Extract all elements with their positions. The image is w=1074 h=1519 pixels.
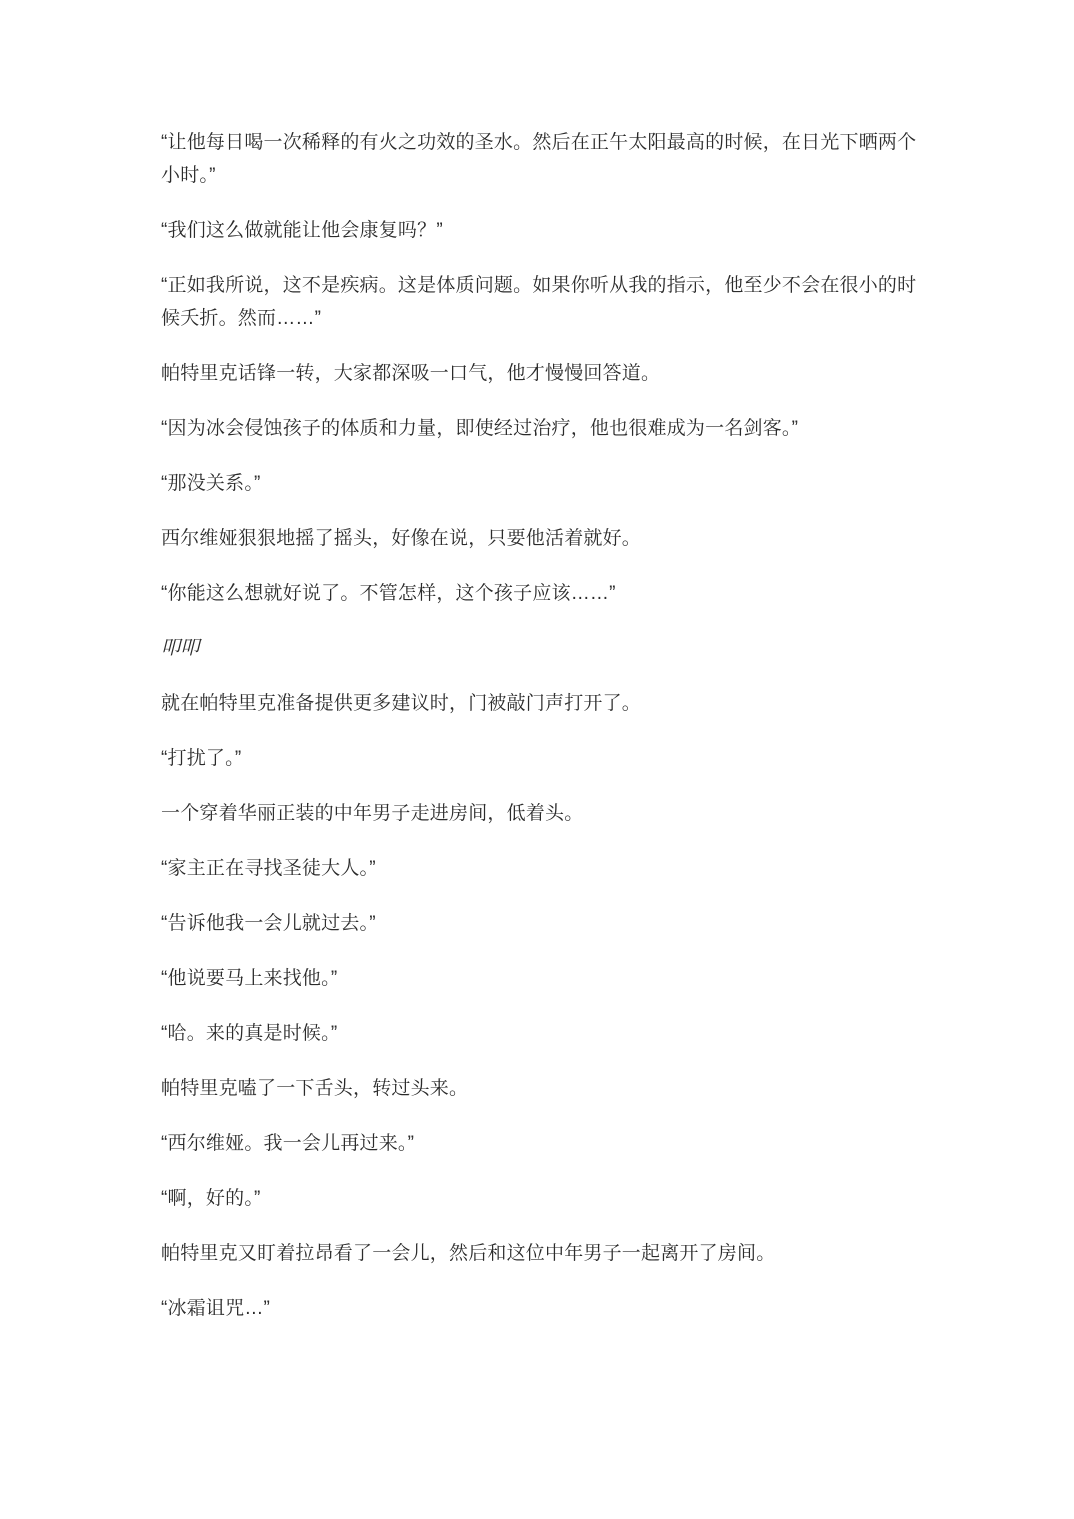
paragraph-dialogue: “家主正在寻找圣徒大人。” (161, 852, 917, 885)
paragraph-narration: 帕特里克又盯着拉昂看了一会儿，然后和这位中年男子一起离开了房间。 (161, 1237, 917, 1270)
paragraph-dialogue: “让他每日喝一次稀释的有火之功效的圣水。然后在正午太阳最高的时候，在日光下晒两个… (161, 126, 917, 192)
paragraph-dialogue: “西尔维娅。我一会儿再过来。” (161, 1127, 917, 1160)
paragraph-dialogue: “那没关系。” (161, 467, 917, 500)
paragraph-dialogue: “打扰了。” (161, 742, 917, 775)
novel-text-body: “让他每日喝一次稀释的有火之功效的圣水。然后在正午太阳最高的时候，在日光下晒两个… (161, 126, 917, 1347)
paragraph-dialogue: “告诉他我一会儿就过去。” (161, 907, 917, 940)
paragraph-narration: 一个穿着华丽正装的中年男子走进房间，低着头。 (161, 797, 917, 830)
paragraph-dialogue: “我们这么做就能让他会康复吗？” (161, 214, 917, 247)
paragraph-narration: 帕特里克话锋一转，大家都深吸一口气，他才慢慢回答道。 (161, 357, 917, 390)
paragraph-dialogue: “你能这么想就好说了。不管怎样，这个孩子应该……” (161, 577, 917, 610)
paragraph-sfx-knock: 叩叩 (161, 632, 917, 665)
paragraph-dialogue: “啊，好的。” (161, 1182, 917, 1215)
paragraph-narration: 西尔维娅狠狠地摇了摇头，好像在说，只要他活着就好。 (161, 522, 917, 555)
paragraph-dialogue: “哈。来的真是时候。” (161, 1017, 917, 1050)
paragraph-narration: 就在帕特里克准备提供更多建议时，门被敲门声打开了。 (161, 687, 917, 720)
paragraph-dialogue: “因为冰会侵蚀孩子的体质和力量，即使经过治疗，他也很难成为一名剑客。” (161, 412, 917, 445)
novel-reader-page: “让他每日喝一次稀释的有火之功效的圣水。然后在正午太阳最高的时候，在日光下晒两个… (0, 0, 1074, 1519)
paragraph-dialogue: “他说要马上来找他。” (161, 962, 917, 995)
paragraph-dialogue: “正如我所说，这不是疾病。这是体质问题。如果你听从我的指示，他至少不会在很小的时… (161, 269, 917, 335)
paragraph-dialogue: “冰霜诅咒…” (161, 1292, 917, 1325)
paragraph-narration: 帕特里克嗑了一下舌头，转过头来。 (161, 1072, 917, 1105)
